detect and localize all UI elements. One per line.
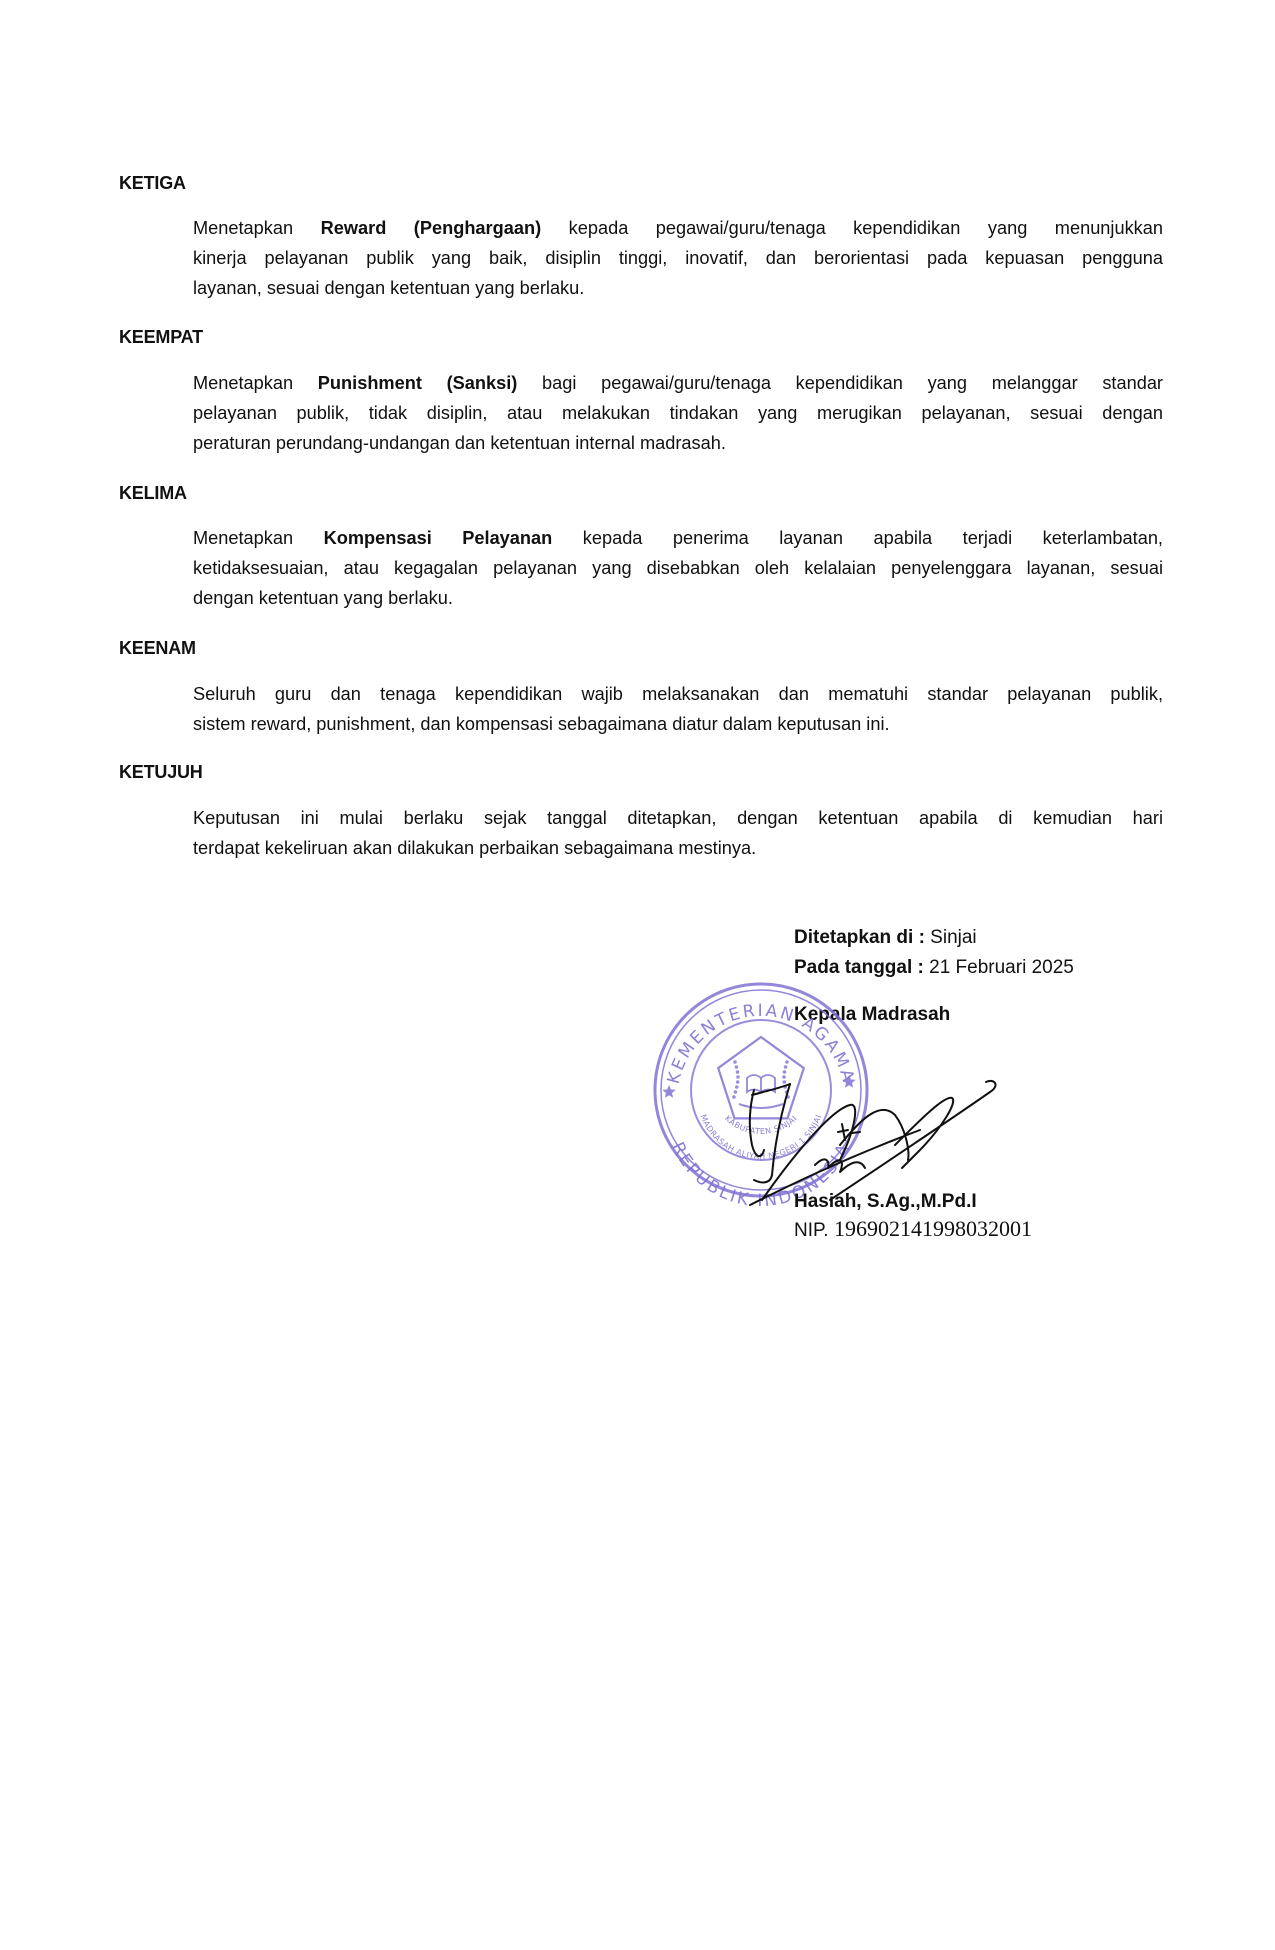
text-run: kepada pegawai/guru/tenaga kependidikan … bbox=[541, 218, 1163, 238]
text-run: ketidaksesuaian, atau kegagalan pelayana… bbox=[193, 558, 1163, 578]
section-paragraph: Keputusan ini mulai berlaku sejak tangga… bbox=[193, 803, 1163, 863]
text-run: Menetapkan bbox=[193, 373, 318, 393]
paragraph-line: dengan ketentuan yang berlaku. bbox=[193, 583, 1163, 613]
section-paragraph: Seluruh guru dan tenaga kependidikan waj… bbox=[193, 679, 1163, 739]
signer-name-text: Hasiah, S.Ag.,M.Pd.I bbox=[794, 1191, 977, 1212]
section-heading: KETIGA bbox=[119, 173, 186, 193]
text-run: Menetapkan bbox=[193, 528, 324, 548]
section-paragraph: Menetapkan Reward (Penghargaan) kepada p… bbox=[193, 213, 1163, 303]
text-run: kepada penerima layanan apabila terjadi … bbox=[552, 528, 1163, 548]
section-paragraph: Menetapkan Punishment (Sanksi) bagi pega… bbox=[193, 368, 1163, 458]
section-heading: KELIMA bbox=[119, 483, 187, 503]
place-value: Sinjai bbox=[925, 927, 977, 948]
text-run: bagi pegawai/guru/tenaga kependidikan ya… bbox=[517, 373, 1163, 393]
text-run: pelayanan publik, tidak disiplin, atau m… bbox=[193, 403, 1163, 423]
paragraph-line: kinerja pelayanan publik yang baik, disi… bbox=[193, 243, 1163, 273]
paragraph-line: ketidaksesuaian, atau kegagalan pelayana… bbox=[193, 553, 1163, 583]
paragraph-line: Menetapkan Reward (Penghargaan) kepada p… bbox=[193, 213, 1163, 243]
nip-label: NIP. bbox=[794, 1220, 829, 1241]
text-run: Keputusan ini mulai berlaku sejak tangga… bbox=[193, 808, 1163, 828]
text-run: peraturan perundang-undangan dan ketentu… bbox=[193, 433, 726, 453]
text-run: kinerja pelayanan publik yang baik, disi… bbox=[193, 248, 1163, 268]
text-run: Seluruh guru dan tenaga kependidikan waj… bbox=[193, 684, 1163, 704]
bold-term: Punishment (Sanksi) bbox=[318, 373, 518, 393]
paragraph-line: terdapat kekeliruan akan dilakukan perba… bbox=[193, 833, 1163, 863]
bold-term: Kompensasi Pelayanan bbox=[324, 528, 553, 548]
text-run: sistem reward, punishment, dan kompensas… bbox=[193, 714, 890, 734]
section-heading: KEENAM bbox=[119, 638, 196, 658]
place-line: Ditetapkan di : Sinjai bbox=[794, 926, 977, 950]
paragraph-line: Keputusan ini mulai berlaku sejak tangga… bbox=[193, 803, 1163, 833]
signer-nip: NIP. 196902141998032001 bbox=[794, 1217, 1032, 1243]
text-run: layanan, sesuai dengan ketentuan yang be… bbox=[193, 278, 584, 298]
paragraph-line: Menetapkan Kompensasi Pelayanan kepada p… bbox=[193, 523, 1163, 553]
section-paragraph: Menetapkan Kompensasi Pelayanan kepada p… bbox=[193, 523, 1163, 613]
text-run: terdapat kekeliruan akan dilakukan perba… bbox=[193, 838, 756, 858]
paragraph-line: sistem reward, punishment, dan kompensas… bbox=[193, 709, 1163, 739]
place-label: Ditetapkan di : bbox=[794, 927, 925, 948]
handwritten-signature-icon bbox=[690, 1050, 1020, 1210]
section-heading: KETUJUH bbox=[119, 762, 203, 782]
paragraph-line: layanan, sesuai dengan ketentuan yang be… bbox=[193, 273, 1163, 303]
text-run: Menetapkan bbox=[193, 218, 321, 238]
paragraph-line: Menetapkan Punishment (Sanksi) bagi pega… bbox=[193, 368, 1163, 398]
text-run: dengan ketentuan yang berlaku. bbox=[193, 588, 453, 608]
paragraph-line: Seluruh guru dan tenaga kependidikan waj… bbox=[193, 679, 1163, 709]
paragraph-line: peraturan perundang-undangan dan ketentu… bbox=[193, 428, 1163, 458]
nip-value: 196902141998032001 bbox=[829, 1216, 1033, 1241]
signer-name: Hasiah, S.Ag.,M.Pd.I bbox=[794, 1190, 977, 1214]
section-heading: KEEMPAT bbox=[119, 327, 203, 347]
bold-term: Reward (Penghargaan) bbox=[321, 218, 542, 238]
date-value: 21 Februari 2025 bbox=[924, 957, 1074, 978]
paragraph-line: pelayanan publik, tidak disiplin, atau m… bbox=[193, 398, 1163, 428]
